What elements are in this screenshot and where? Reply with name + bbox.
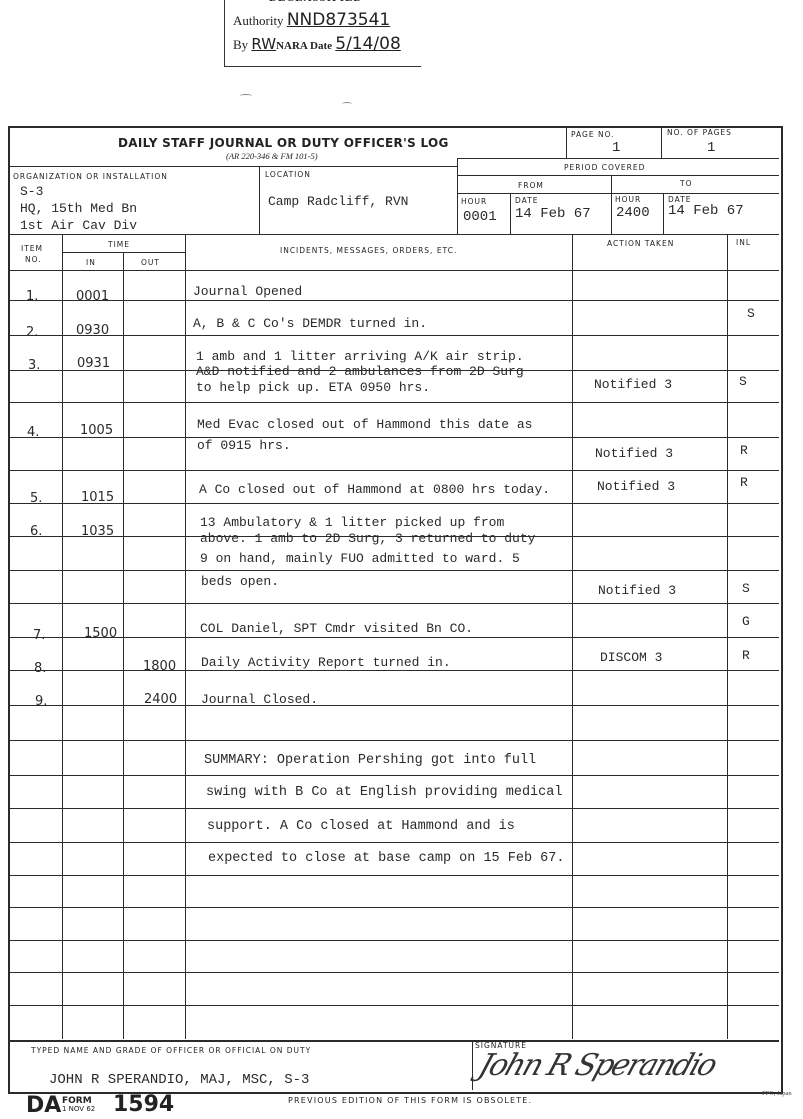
row-line [8,402,779,403]
row-line [8,335,779,336]
form-title: DAILY STAFF JOURNAL OR DUTY OFFICER'S LO… [118,136,449,150]
to-hour-label: HOUR [615,195,641,204]
from-hour-label: HOUR [461,197,487,206]
from-date-value: 14 Feb 67 [515,206,591,222]
divider [259,166,260,234]
entry-8-inl: R [742,648,750,663]
entry-4-item: 4. [27,425,39,440]
col-time-label: TIME [108,240,130,249]
row-line [8,503,779,504]
entry-1-text: Journal Opened [193,284,302,299]
entry-1-item: 1. [26,289,38,304]
entry-6-item: 6. [30,524,42,539]
entry-6-text-1: 13 Ambulatory & 1 litter picked up from [200,515,504,530]
entry-1-in: 0001 [76,289,109,304]
entry-9-out: 2400 [144,692,177,707]
entry-3-in: 0931 [77,356,110,371]
row-line [8,670,779,671]
entry-3-text-1: 1 amb and 1 litter arriving A/K air stri… [196,349,524,364]
entry-6-text-4: beds open. [201,574,279,589]
entry-5-inl: R [740,475,748,490]
form-subtitle: (AR 220-346 & FM 101-5) [226,151,318,161]
stamp-by-row: By RWNARA Date 5/14/08 [233,34,401,54]
divider [458,193,779,194]
row-line [8,603,779,604]
from-label: FROM [518,181,544,190]
col-in-label: IN [86,258,96,267]
to-label: TO [680,179,693,188]
stamp-nara-label: NARA Date [276,40,332,52]
entry-7-inl: G [742,614,750,629]
entry-6-in: 1035 [81,524,114,539]
entry-2-inl: S [747,306,755,321]
no-of-pages-value: 1 [707,140,715,156]
divider [510,193,511,234]
officer-name: JOHN R SPERANDIO, MAJ, MSC, S-3 [49,1072,309,1088]
form-prefix: DA [26,1093,61,1118]
entry-7-in: 1500 [84,626,117,641]
divider [566,126,567,158]
entry-4-action: Notified 3 [595,446,673,461]
entry-8-out: 1800 [143,659,176,674]
entry-9-text: Journal Closed. [201,692,318,707]
stamp-by-label: By [233,37,248,52]
row-line [8,875,779,876]
entry-7-text: COL Daniel, SPT Cmdr visited Bn CO. [200,621,473,636]
row-line [8,940,779,941]
divider [661,126,662,158]
location-value: Camp Radcliff, RVN [268,194,408,209]
divider [611,175,612,234]
divider [472,1040,473,1090]
entry-5-action: Notified 3 [597,479,675,494]
journal-form [8,126,783,1094]
stamp-authority-label: Authority [233,13,284,28]
form-label: FORM [62,1097,95,1105]
col-out-label: OUT [141,258,160,267]
page-no-value: 1 [612,140,620,156]
divider [8,1040,779,1042]
entry-3-text-3: to help pick up. ETA 0950 hrs. [196,380,430,395]
summary-line-3: support. A Co closed at Hammond and is [207,819,515,834]
row-line [8,907,779,908]
stamp-title: DECLASSIFIED [269,0,362,4]
col-action-label: ACTION TAKEN [607,239,674,248]
row-line [8,1005,779,1006]
row-line [8,470,779,471]
printer-mark: PPC, Japan [762,1090,792,1097]
page-no-label: PAGE NO. [571,130,615,139]
obsolete-notice: PREVIOUS EDITION OF THIS FORM IS OBSOLET… [288,1096,532,1105]
entry-8-text: Daily Activity Report turned in. [201,655,451,670]
entry-8-item: 8. [34,661,46,676]
row-line [8,705,779,706]
scan-mark [240,94,252,98]
col-inl-label: INL [736,238,751,247]
entry-3-item: 3. [28,358,40,373]
organization-line-1: S-3 [20,184,43,199]
entry-9-item: 9. [35,694,47,709]
stamp-authority-row: Authority NND873541 [233,10,390,30]
entry-2-in: 0930 [76,323,109,338]
row-line [8,775,779,776]
entry-3-action: Notified 3 [594,377,672,392]
entry-6-text-2: above. 1 amb to 2D Surg, 3 returned to d… [200,531,535,546]
row-line [8,437,779,438]
declassified-stamp: DECLASSIFIED Authority NND873541 By RWNA… [224,0,421,67]
entry-4-in: 1005 [80,423,113,438]
entry-6-text-3: 9 on hand, mainly FUO admitted to ward. … [200,551,520,566]
location-label: LOCATION [265,170,311,179]
row-line [8,808,779,809]
col-item-no-label: NO. [25,255,42,264]
period-covered-label: PERIOD COVERED [564,163,645,172]
summary-line-4: expected to close at base camp on 15 Feb… [208,851,564,866]
form-date: 1 NOV 62 [62,1105,95,1113]
summary-line-2: swing with B Co at English providing med… [206,785,562,800]
entry-8-action: DISCOM 3 [600,650,662,665]
stamp-date-value: 5/14/08 [335,34,401,54]
entry-6-inl: S [742,581,750,596]
row-line [8,740,779,741]
entry-2-item: 2. [26,325,38,340]
entry-3-text-2: A&D notified and 2 ambulances from 2D Su… [196,364,524,379]
organization-line-2: HQ, 15th Med Bn [20,201,137,216]
row-line [8,637,779,638]
divider [458,175,779,176]
to-date-value: 14 Feb 67 [668,203,744,219]
entry-5-text: A Co closed out of Hammond at 0800 hrs t… [199,482,550,497]
entry-5-in: 1015 [81,490,114,505]
summary-line-1: SUMMARY: Operation Pershing got into ful… [204,753,536,768]
row-line [8,972,779,973]
divider [457,158,458,234]
entry-4-text-2: of 0915 hrs. [197,438,291,453]
from-hour-value: 0001 [463,209,497,225]
organization-line-3: 1st Air Cav Div [20,218,137,233]
divider [458,158,779,159]
from-date-label: DATE [515,196,539,205]
organization-label: ORGANIZATION OR INSTALLATION [13,172,168,181]
entry-3-inl: S [739,374,747,389]
divider [8,166,458,167]
entry-6-action: Notified 3 [598,583,676,598]
entry-5-item: 5. [30,491,42,506]
stamp-by-value: RW [251,35,276,53]
no-of-pages-label: NO. OF PAGES [667,128,732,137]
entry-4-inl: R [740,443,748,458]
stamp-authority-value: NND873541 [287,10,390,30]
entry-2-text: A, B & C Co's DEMDR turned in. [193,316,427,331]
row-line [8,842,779,843]
row-line [8,270,779,271]
row-line [8,570,779,571]
form-label-block: FORM 1 NOV 62 [62,1097,95,1113]
form-number: 1594 [113,1092,174,1117]
divider [8,234,779,235]
row-line [8,300,779,301]
officer-label: TYPED NAME AND GRADE OF OFFICER OR OFFIC… [31,1046,311,1055]
scan-mark [342,102,352,106]
entry-4-text-1: Med Evac closed out of Hammond this date… [197,417,532,432]
to-hour-value: 2400 [616,205,650,221]
divider [663,193,664,234]
signature: John R Sperandio [474,1048,720,1083]
col-incidents-label: INCIDENTS, MESSAGES, ORDERS, ETC. [280,246,457,255]
col-item-label: ITEM [21,244,43,253]
entry-7-item: 7. [33,628,45,643]
